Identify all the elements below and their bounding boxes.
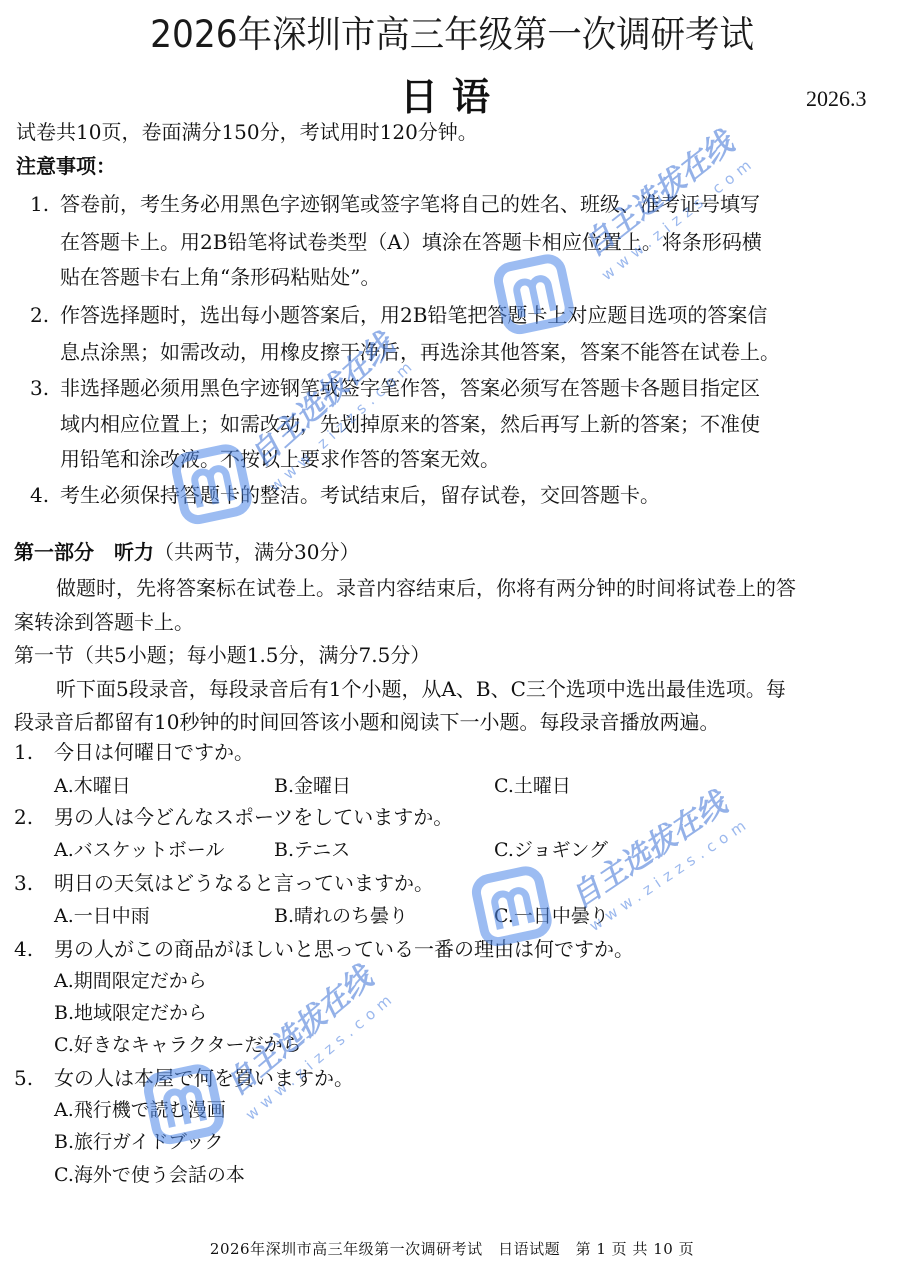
- question-text: 男の人は今どんなスポーツをしていますか。: [54, 805, 453, 829]
- notice-item-line: 贴在答题卡右上角“条形码粘贴处”。: [60, 265, 380, 289]
- option-b: B.地域限定だから: [54, 1001, 207, 1025]
- option-a: A.期間限定だから: [54, 969, 207, 993]
- notice-item-line: 域内相应位置上；如需改动，先划掉原来的答案，然后再写上新的答案；不准使: [60, 412, 760, 436]
- option-c: C.ジョギング: [494, 838, 608, 862]
- part1-title: 第一部分 听力: [14, 540, 154, 564]
- question-text: 明日の天気はどうなると言っていますか。: [54, 871, 434, 895]
- question-number: 2.: [14, 805, 33, 829]
- notice-item-line: 息点涂黑；如需改动，用橡皮擦干净后，再选涂其他答案，答案不能答在试卷上。: [60, 340, 780, 364]
- notice-item-line: 用铅笔和涂改液。不按以上要求作答的答案无效。: [60, 447, 500, 471]
- option-a: A.バスケットボール: [54, 838, 224, 862]
- section1-instruction-line: 听下面5段录音，每段录音后有1个小题，从A、B、C三个选项中选出最佳选项。每: [56, 677, 786, 701]
- exam-info: 试卷共10页，卷面满分150分，考试用时120分钟。: [16, 120, 478, 144]
- option-c: C.一日中曇り: [494, 904, 609, 928]
- option-c: C.海外で使う会話の本: [54, 1163, 245, 1187]
- exam-date: 2026.3: [806, 86, 867, 112]
- option-a: A.一日中雨: [54, 904, 150, 928]
- notice-item-number: 1.: [30, 192, 49, 216]
- notice-item-number: 2.: [30, 303, 49, 327]
- question-number: 3.: [14, 871, 33, 895]
- option-b: B.金曜日: [274, 774, 351, 798]
- question-text: 今日は何曜日ですか。: [54, 740, 254, 764]
- option-b: B.晴れのち曇り: [274, 904, 408, 928]
- question-text: 女の人は本屋で何を買いますか。: [54, 1066, 354, 1090]
- exam-title: 2026年深圳市高三年级第一次调研考试: [32, 4, 873, 58]
- notice-item-line: 在答题卡上。用2B铅笔将试卷类型（A）填涂在答题卡相应位置上。将条形码横: [60, 230, 762, 254]
- notice-item-line: 作答选择题时，选出每小题答案后，用2B铅笔把答题卡上对应题目选项的答案信: [60, 303, 767, 327]
- part1-instruction-line: 做题时，先将答案标在试卷上。录音内容结束后，你将有两分钟的时间将试卷上的答: [56, 576, 796, 600]
- option-b: B.旅行ガイドブック: [54, 1130, 224, 1154]
- question-number: 5.: [14, 1066, 33, 1090]
- section1-heading: 第一节（共5小题；每小题1.5分，满分7.5分）: [14, 643, 430, 667]
- notice-item-number: 4.: [30, 483, 49, 507]
- notice-item-number: 3.: [30, 376, 49, 400]
- option-a: A.飛行機で読む漫画: [54, 1098, 226, 1122]
- notice-heading: 注意事项：: [16, 154, 116, 178]
- part1-heading: 第一部分 听力（共两节，满分30分）: [14, 540, 359, 564]
- part1-score-note: （共两节，满分30分）: [154, 540, 359, 564]
- question-number: 1.: [14, 740, 33, 764]
- option-a: A.木曜日: [54, 774, 131, 798]
- option-c: C.土曜日: [494, 774, 571, 798]
- notice-item-line: 非选择题必须用黑色字迹钢笔或签字笔作答，答案必须写在答题卡各题目指定区: [60, 376, 760, 400]
- section1-instruction-line: 段录音后都留有10秒钟的时间回答该小题和阅读下一小题。每段录音播放两遍。: [14, 710, 719, 734]
- question-text: 男の人がこの商品がほしいと思っている一番の理由は何ですか。: [54, 937, 634, 961]
- option-b: B.テニス: [274, 838, 350, 862]
- notice-item-line: 答卷前，考生务必用黑色字迹钢笔或签字笔将自己的姓名、班级、准考证号填写: [60, 192, 760, 216]
- page-footer: 2026年深圳市高三年级第一次调研考试 日语试题 第 1 页 共 10 页: [0, 1238, 904, 1259]
- subject-title: 日语: [0, 66, 904, 121]
- question-number: 4.: [14, 937, 33, 961]
- notice-item-line: 考生必须保持答题卡的整洁。考试结束后，留存试卷，交回答题卡。: [60, 483, 660, 507]
- part1-instruction-line: 案转涂到答题卡上。: [14, 610, 194, 634]
- option-c: C.好きなキャラクターだから: [54, 1033, 302, 1057]
